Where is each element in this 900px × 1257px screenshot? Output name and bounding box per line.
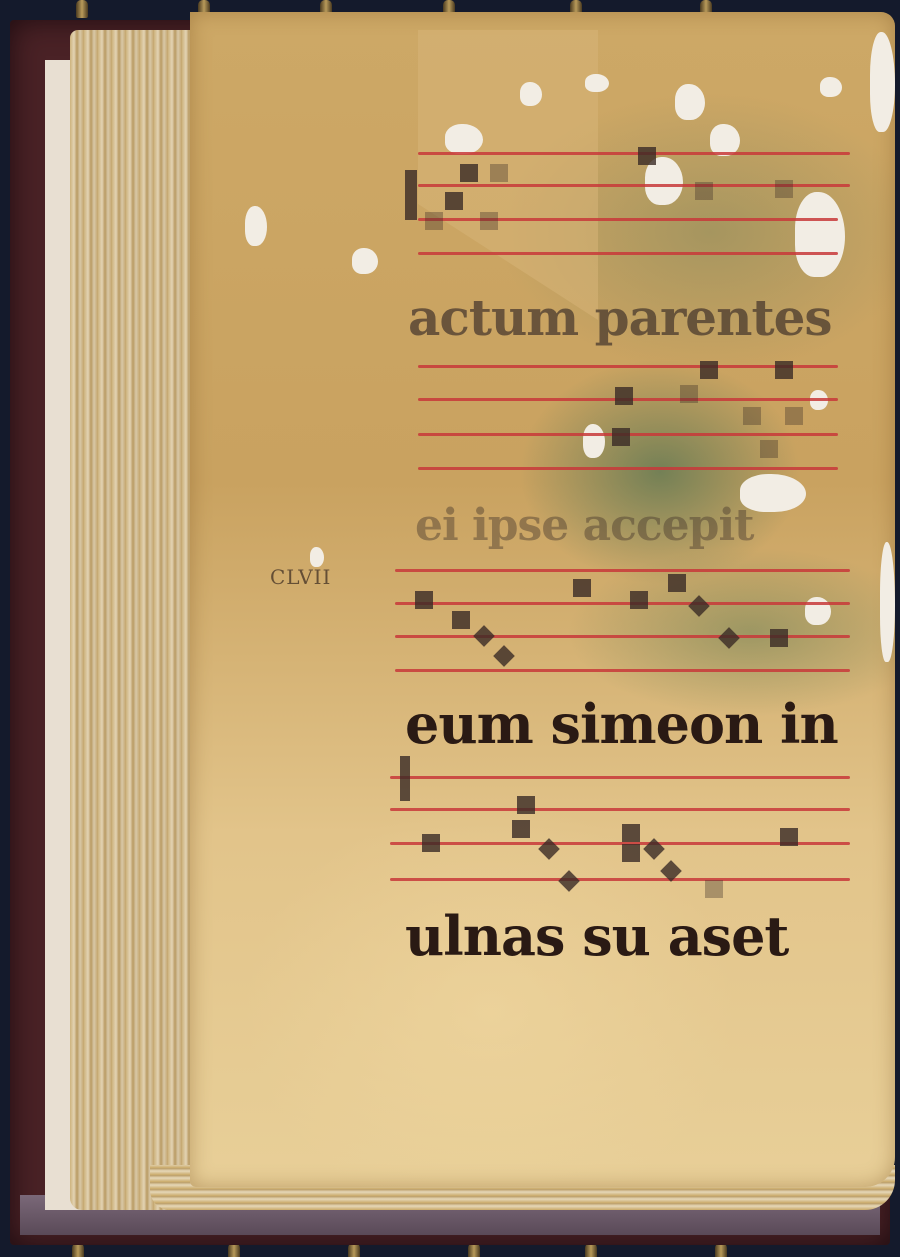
neume xyxy=(512,820,530,838)
neume xyxy=(615,387,633,405)
lyric-line-1: actum parentes xyxy=(408,288,832,347)
neume xyxy=(493,645,515,667)
neume xyxy=(700,361,718,379)
neume xyxy=(780,828,798,846)
neume xyxy=(480,212,498,230)
neume xyxy=(415,591,433,609)
neume xyxy=(517,796,535,814)
folded-corner xyxy=(418,30,598,320)
neume xyxy=(425,212,443,230)
clef xyxy=(405,170,417,220)
neume xyxy=(770,629,788,647)
bottom-clasp xyxy=(72,1243,84,1257)
neume xyxy=(490,164,508,182)
damage-hole xyxy=(245,206,267,246)
neume xyxy=(638,147,656,165)
lyric-line-4: ulnas su aset xyxy=(405,904,788,968)
bottom-clasp xyxy=(348,1243,360,1257)
top-clasp xyxy=(76,0,88,18)
neume xyxy=(785,407,803,425)
neume xyxy=(668,574,686,592)
neume xyxy=(612,428,630,446)
neume xyxy=(573,579,591,597)
neume xyxy=(743,407,761,425)
bottom-clasp xyxy=(228,1243,240,1257)
damage-hole xyxy=(880,542,895,662)
neume xyxy=(422,834,440,852)
neume xyxy=(460,164,478,182)
neume xyxy=(558,870,580,892)
damage-hole xyxy=(352,248,378,274)
neume xyxy=(630,591,648,609)
folio-number: CLVII xyxy=(270,565,331,589)
damage-hole xyxy=(520,82,542,106)
damage-hole xyxy=(585,74,609,92)
neume xyxy=(705,880,723,898)
neume xyxy=(622,844,640,862)
manuscript-photo: actum parentes ei ipse accepit CLVII xyxy=(0,0,900,1257)
neume xyxy=(775,180,793,198)
damage-hole xyxy=(583,424,605,458)
damage-hole xyxy=(675,84,705,120)
clef xyxy=(400,756,410,801)
lyric-line-3: eum simeon in xyxy=(405,692,838,756)
neume xyxy=(473,625,495,647)
bottom-clasp xyxy=(585,1243,597,1257)
neume xyxy=(688,595,710,617)
neume xyxy=(622,824,640,842)
neume xyxy=(680,385,698,403)
neume xyxy=(718,627,740,649)
neume xyxy=(445,192,463,210)
damage-hole xyxy=(445,124,483,154)
damage-hole xyxy=(820,77,842,97)
damage-hole xyxy=(795,192,845,277)
neume xyxy=(760,440,778,458)
parchment-folio: actum parentes ei ipse accepit CLVII xyxy=(190,12,895,1187)
bottom-clasp xyxy=(468,1243,480,1257)
damage-hole xyxy=(310,547,324,567)
lyric-line-2: ei ipse accepit xyxy=(415,500,753,551)
bottom-clasp xyxy=(715,1243,727,1257)
neume xyxy=(695,182,713,200)
damage-hole xyxy=(870,32,895,132)
neume xyxy=(775,361,793,379)
neume xyxy=(452,611,470,629)
